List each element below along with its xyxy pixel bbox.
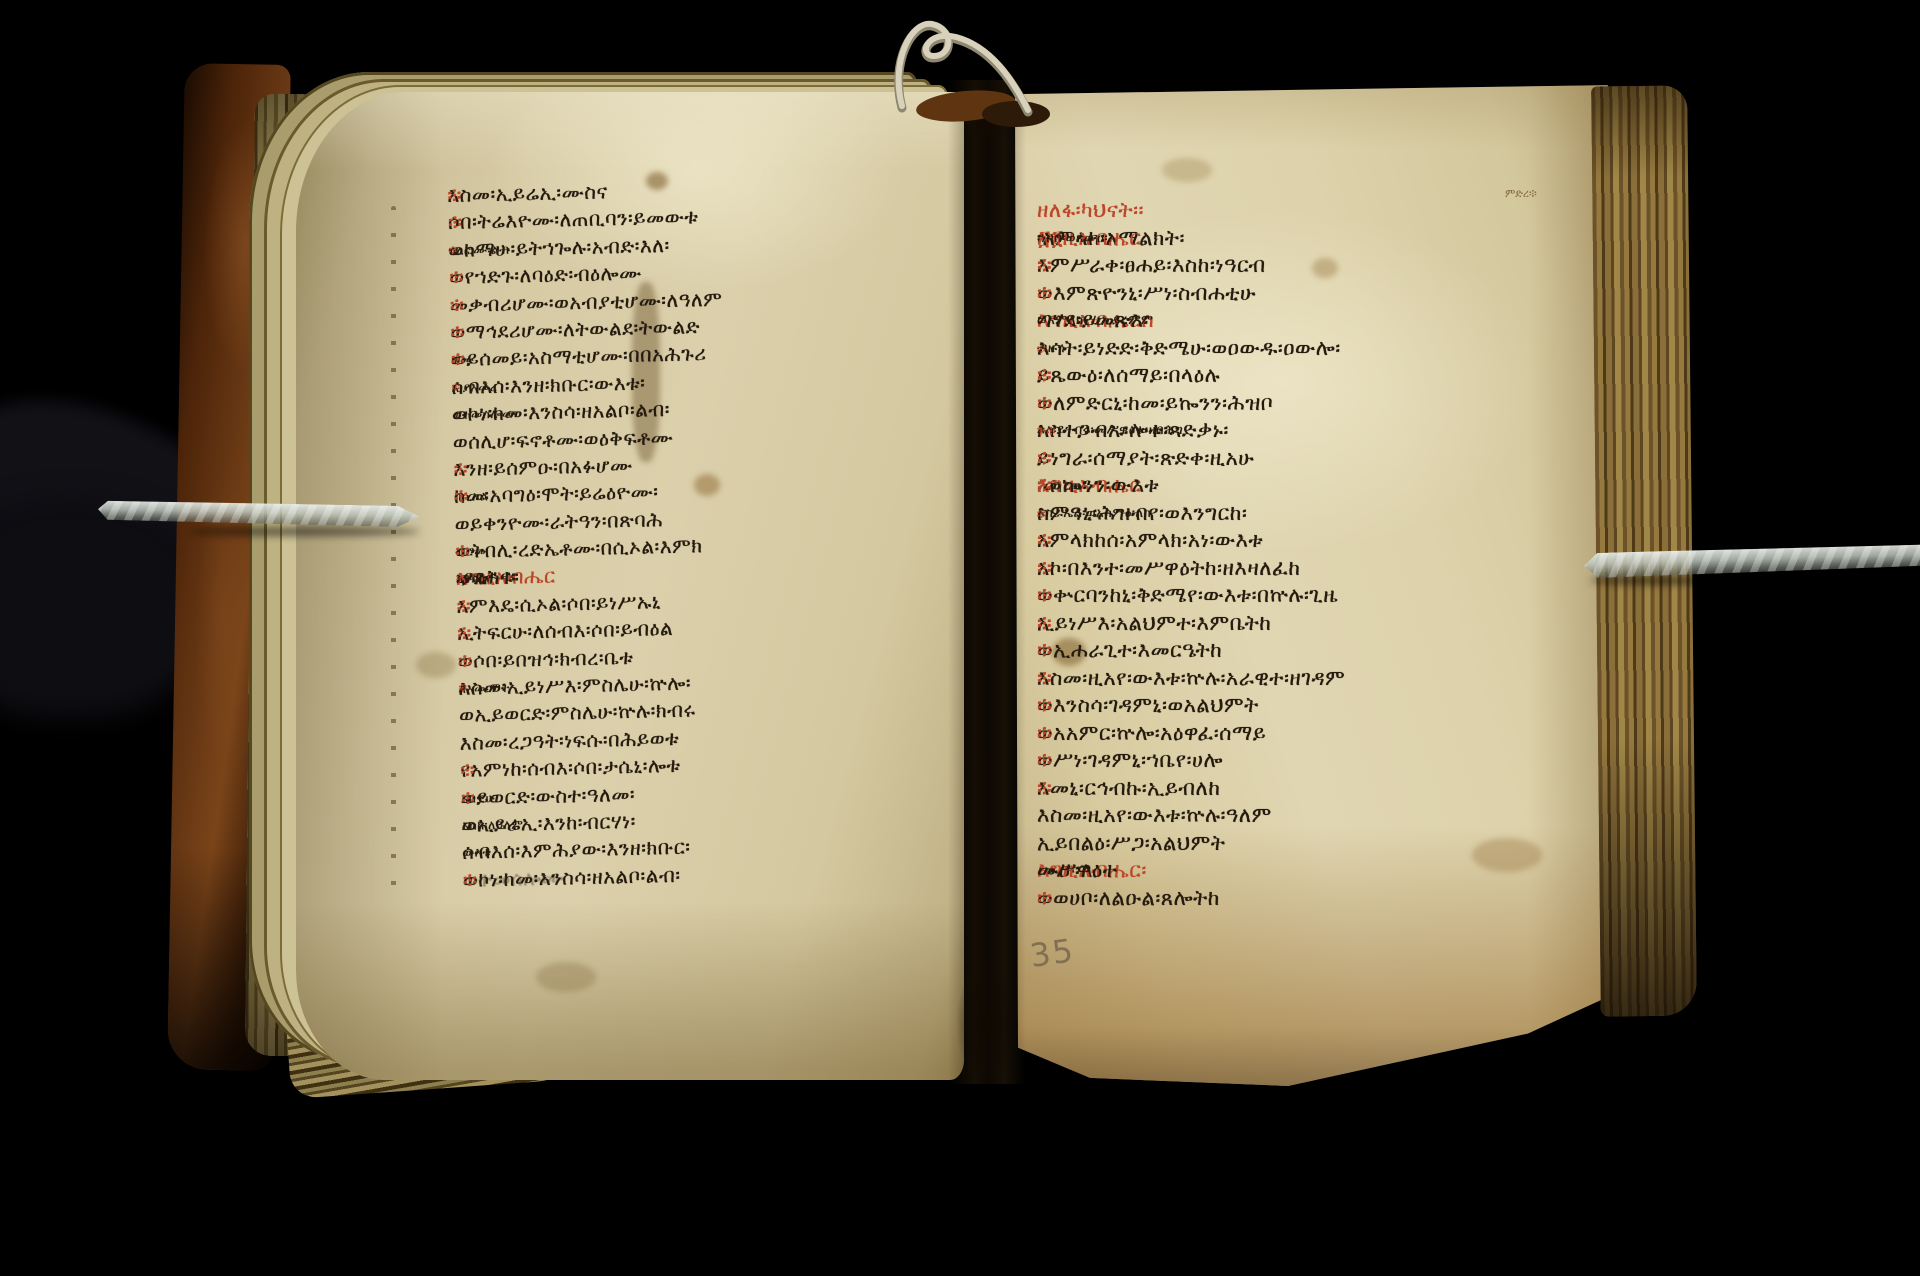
- text-segment: ፨: [449, 264, 464, 292]
- parchment-stain: [694, 474, 720, 496]
- text-segment: ወእንስሳ፡ገዳምኒ፡ወአልህምት: [1037, 692, 1259, 720]
- text-segment: ፨: [1037, 885, 1052, 913]
- parchment-stain: [416, 652, 456, 678]
- text-line: እስመ፡ኢይነሥእ፡ምስሌሁ፡ኵሎ፡ለእመ፡ሞተ፨: [458, 675, 459, 702]
- bookmark-string: [858, 4, 1108, 136]
- text-segment: እስከ፡ለዓለም: [461, 810, 523, 839]
- text-line: የአምነከ፡ሰብእ፡ሶበ፡ታሴኒ፡ሎቱ፨: [460, 757, 461, 784]
- text-segment: ፨: [456, 565, 466, 593]
- text-line: ወማኅደሪሆሙ፡ለትውልደ፡ትውልድ፨: [450, 319, 451, 346]
- text-line: ሶበ፡ትሬእዮሙ፡ለጠቢባን፡ይመውቱ፨: [448, 209, 449, 236]
- text-segment: ወይሰመይ፡አስማቲሆሙ፡በበአሕጉሪ: [451, 341, 707, 374]
- text-line: ወኢይወርድ፡ምስሌሁ፡ኵሉ፡ክብሩ: [459, 702, 460, 729]
- text-line: ከመ፡አባግዕ፡ሞት፡ይሬዕዮሙ፡በሲኦል፨: [454, 483, 455, 510]
- text-segment: ወወሀቦ፡ለልዑል፡ጸሎትከ: [1037, 885, 1220, 913]
- text-segment: ፨: [447, 182, 462, 210]
- text-segment: እስመ፡ዚአየ፡ውእቱ፡ኵሉ፡አራዊተ፡ዘገዳም: [1037, 665, 1345, 693]
- glass-rod-shadow: [190, 527, 420, 536]
- text-segment: አምላክከሰ፡አምላክ፡አነ፡ውእቱ: [1037, 527, 1263, 555]
- text-segment: ፨: [451, 346, 466, 374]
- text-segment: ፨: [1037, 362, 1052, 390]
- text-segment: ፨: [1037, 720, 1052, 748]
- text-segment: ፨: [1037, 500, 1046, 528]
- text-segment: ፨: [1037, 555, 1052, 583]
- text-segment: እመኒ፡ርኅብኩ፡ኢይብለከ: [1037, 775, 1220, 803]
- text-segment: እንዘ፡ይሰምዑ፡በአፉሆሙ: [453, 452, 633, 483]
- text-line: ወይወርድ፡ውስተ፡ዓለመ፡አበዊሁ፨: [461, 784, 462, 811]
- text-segment: ፨: [1037, 610, 1052, 638]
- text-segment: ፨: [1037, 445, 1052, 473]
- text-segment: ፨: [449, 291, 464, 319]
- text-line: እስመ፡ረጋዓት፡ነፍሱ፡በሕይወቱ: [459, 730, 460, 757]
- text-segment: የአምነከ፡ሰብእ፡ሶበ፡ታሴኒ፡ሎቱ: [460, 752, 681, 784]
- text-segment: ወትበሊ፡ረድኤቶሙ፡በሲኦል፡እምክ: [455, 532, 703, 565]
- text-segment: ፨: [457, 620, 472, 648]
- text-line: ሰብእሰ፡እምሕያው፡እንዘ፡ክቡር፡ውእቱ: [462, 839, 463, 866]
- text-segment: ፨: [1037, 390, 1052, 418]
- text-segment: ወየኀድጉ፡ለባዕድ፡ብዕሎሙ: [449, 260, 642, 292]
- text-segment: ፨: [1037, 665, 1052, 693]
- parchment-stain: [646, 172, 668, 190]
- text-line: ወኮነ፡ከመ፡እንስሳ፡ዘአልቦ፡ልብ፡ወተመሰሎሙ፨: [463, 867, 464, 894]
- manuscript-photo: እስመ፡ኢይሬኢ፡ሙስና፨ሶበ፡ትሬእዮሙ፡ለጠቢባን፡ይመውቱ፨ወከማሁ፡ይት…: [0, 0, 1920, 1276]
- text-line: ወከማሁ፡ይትኀጐሉ፡አብድ፡እለ፡ኀለፎሙ፡ልብ፨: [448, 237, 449, 264]
- gutter-shadow: [948, 80, 1026, 1084]
- parchment-stain: [536, 962, 596, 992]
- text-segment: ፨: [1037, 747, 1052, 775]
- text-segment: ኢይበልዕ፡ሥጋ፡አልህምት: [1037, 830, 1225, 858]
- pricking-holes: [391, 206, 396, 898]
- text-segment: ወተመሰሎሙ: [452, 400, 517, 429]
- text-line: ሰብእሰ፡እንዘ፡ክቡር፡ውእቱ፡ኢያእመረ፨: [451, 374, 452, 401]
- text-segment: ወኢሐራጊተ፡እመርዔትከ: [1037, 637, 1222, 665]
- text-segment: ፨: [1037, 472, 1052, 500]
- text-segment: ወሰሊሆ፡ፍኖቶሙ፡ወዕቅፍቶሙ: [453, 423, 674, 455]
- text-segment: ኢትፍርሁ፡ለሰብእ፡ሶበ፡ይብዕል: [457, 615, 674, 647]
- text-segment: ፨: [1037, 280, 1052, 308]
- text-segment: እምሥራቀ፡ፀሐይ፡እስከ፡ነዓርብ: [1037, 252, 1266, 280]
- text-segment: ፨: [458, 675, 468, 703]
- text-segment: እስመ፡ዚአየ፡ውእቱ፡ኵሉ፡ዓለም: [1037, 802, 1272, 830]
- text-segment: ፨: [1037, 335, 1046, 363]
- text-segment: ወለምድርኒ፡ከመ፡ይኰንን፡ሕዝቦ: [1037, 390, 1273, 418]
- text-segment: ወአምላክነሂ፡ኢያረምም: [1037, 307, 1154, 335]
- text-line: ወኢይሬኢ፡እንከ፡ብርሃነ፡እስከ፡ለዓለም: [461, 812, 462, 839]
- text-segment: ፨: [453, 456, 468, 484]
- text-segment: ፨: [458, 647, 473, 675]
- text-segment: እስመ፡ኢይሬኢ፡ሙስና: [447, 178, 608, 209]
- text-line: እምእዴ፡ሲኦል፡ሶበ፡ይነሥኡኒ፨: [456, 593, 457, 620]
- text-line: ወኮነ፡ከመ፡እንስሳ፡ዘአልቦ፡ልብ፡ወተመሰሎሙ: [452, 401, 453, 428]
- text-line: ወሰሊሆ፡ፍኖቶሙ፡ወዕቅፍቶሙ: [453, 428, 454, 455]
- text-segment: ጕ፨: [1037, 417, 1056, 445]
- parchment-stain: [1472, 838, 1542, 872]
- text-segment: ፨: [460, 757, 475, 785]
- text-segment: ፨: [1037, 775, 1052, 803]
- text-segment: ይጼውዕ፡ለሰማይ፡በላዕሉ: [1037, 362, 1220, 390]
- text-segment: ፨: [1037, 252, 1052, 280]
- folio-number-pencil: 35: [1028, 931, 1078, 975]
- text-segment: ፨: [463, 866, 478, 894]
- text-segment: እስራኤል፡ወአሰምዕ፡ለከ: [1037, 500, 1151, 528]
- text-segment: መሥዋዕተ: [1037, 857, 1117, 885]
- text-line: ወይቀንዮሙ፡ራትዓን፡በጽባሕ: [454, 511, 455, 538]
- text-segment: ወሶበ፡ይበዝኅ፡ክብረ፡ቤቱ: [458, 644, 634, 675]
- text-segment: እለ፡ይገብሩ፡መሥዋዕተ፡ዘበሕግ: [1037, 417, 1183, 445]
- text-line: መቃብሪሆሙ፡ወአብያቲሆሙ፡ለዓለም፨: [449, 292, 450, 319]
- text-line: ወትበሊ፡ረድኤቶሙ፡በሲኦል፡እምክብሮሙ፨: [455, 538, 456, 565]
- text-segment: ይነግራ፡ሰማያት፡ጽድቀ፡ዚአሁ: [1037, 445, 1254, 473]
- text-segment: ፨: [1037, 637, 1052, 665]
- text-segment: ፨: [1037, 692, 1052, 720]
- text-segment: ፨: [448, 209, 463, 237]
- text-segment: ወእምጽዮንኒ፡ሥነ፡ስብሐቲሁ: [1037, 280, 1256, 308]
- text-line: እንዘ፡ይሰምዑ፡በአፉሆሙ፨: [453, 456, 454, 483]
- text-line: ወየኀድጉ፡ለባዕድ፡ብዕሎሙ፨: [449, 264, 450, 291]
- text-segment: እሳት፡ይነድድ፡ቅድሜሁ፡ወዐውዱ፡ዐውሎ፡: [1037, 335, 1341, 363]
- string-tuft-dark: [982, 101, 1050, 127]
- text-segment: ኢይነሥእ፡አልህምተ፡እምቤትከ: [1037, 610, 1271, 638]
- text-segment: ወቍርባንከኒ፡ቅድሜየ፡ውእቱ፡በኵሉ፡ጊዜ: [1037, 582, 1338, 610]
- text-line: ኢትፍርሁ፡ለሰብእ፡ሶበ፡ይብዕል፨: [457, 620, 458, 647]
- text-line: ወይሰመይ፡አስማቲሆሙ፡በበአሕጉሪሆሙ፨: [451, 346, 452, 373]
- text-line: ወሶበ፡ይበዝኅ፡ክብረ፡ቤቱ፨: [458, 648, 459, 675]
- text-segment: ፡መኰንን፡ውእቱ: [1037, 472, 1159, 500]
- text-segment: ውእቱ: [462, 839, 492, 867]
- text-segment: ፡ነበበ፡ወጸውዐ፡ለ: [1037, 225, 1116, 253]
- parchment-stain: [1312, 258, 1338, 278]
- text-segment: ፨: [1037, 582, 1052, 610]
- text-line: ወባሕቱ፡እግዚአብሔር፡ያድኅና፡ለነፍስየ፨: [456, 565, 457, 592]
- text-segment: ፨: [1037, 527, 1052, 555]
- margin-note: ምድረ፨: [1505, 187, 1537, 201]
- parchment-stain: [1162, 158, 1212, 182]
- text-segment: ፨: [450, 319, 465, 347]
- text-segment: ዘለፋ፡ካህናት፡፡: [1037, 197, 1144, 225]
- text-segment: ፨: [454, 483, 469, 511]
- text-segment: ወአአምር፡ኵሎ፡አዕዋፈ፡ሰማይ: [1037, 720, 1266, 748]
- text-segment: አኮ፡በእንተ፡መሥዋዕትከ፡ዘእዛለፈከ: [1037, 555, 1300, 583]
- text-segment: ፨: [451, 373, 461, 401]
- text-line: እስመ፡ኢይሬኢ፡ሙስና፨: [447, 182, 448, 209]
- text-segment: ወሥነ፡ገዳምኒ፡ኀቤየ፡ሀሎ: [1037, 747, 1223, 775]
- text-segment: ፨: [456, 592, 471, 620]
- text-segment: ፨: [461, 784, 476, 812]
- text-segment: ፨: [448, 237, 458, 265]
- text-segment: ፨: [455, 538, 470, 566]
